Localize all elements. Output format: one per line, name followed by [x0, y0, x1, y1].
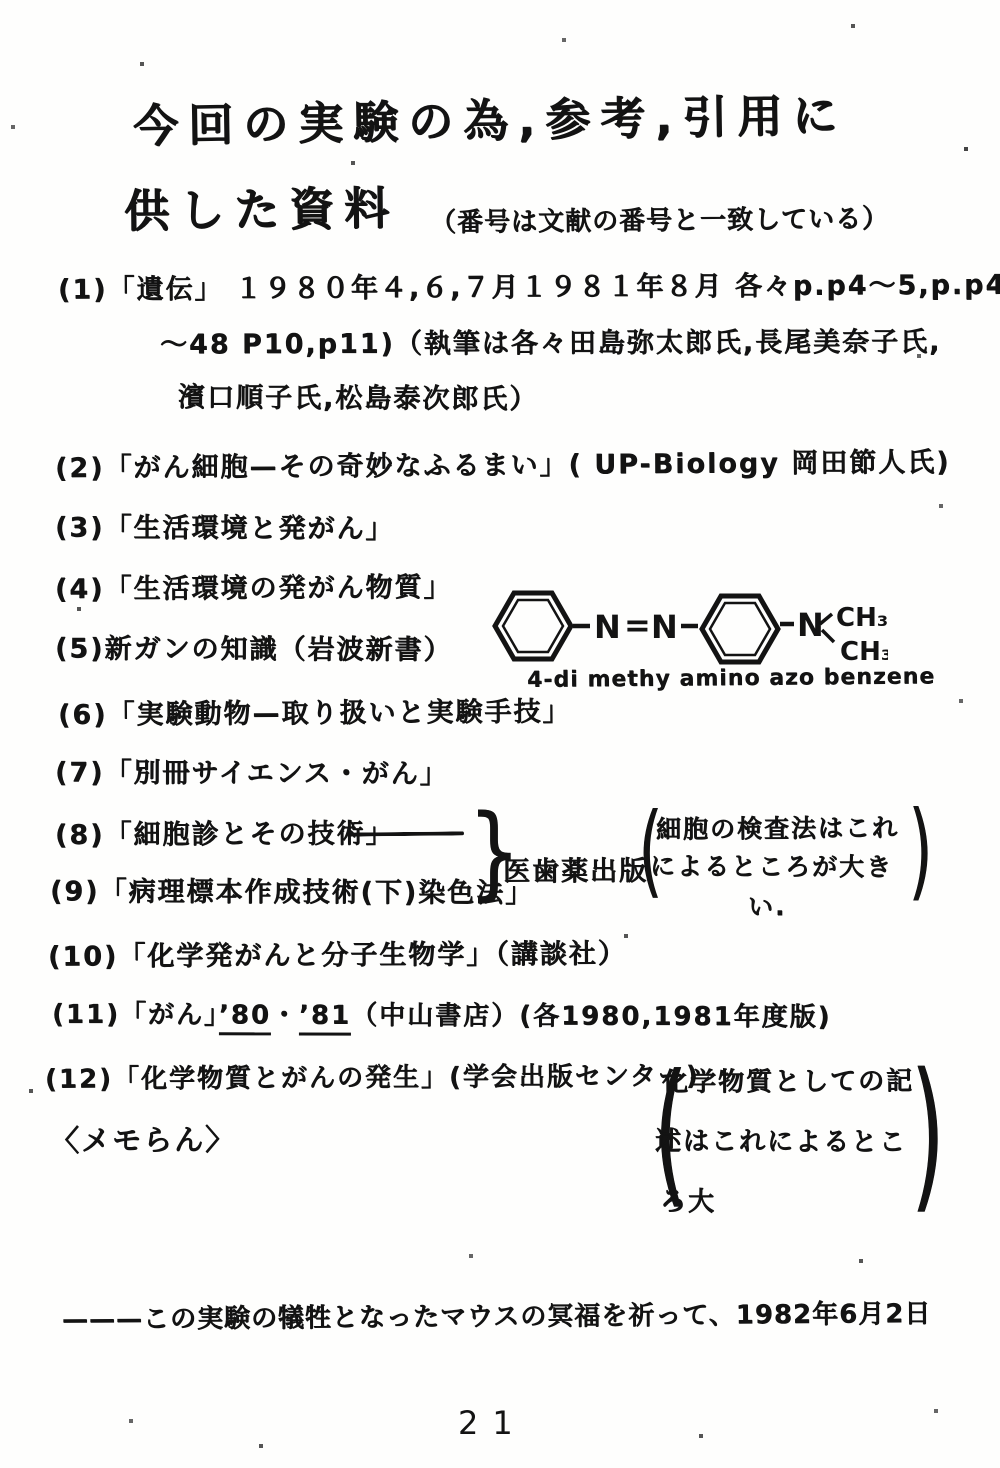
title-line-2: 供した資料 — [124, 183, 400, 238]
benzene-ring-left — [495, 593, 571, 659]
amine-n-label: N — [797, 606, 824, 644]
page-number: 21 — [458, 1405, 527, 1442]
chemical-note-line-1: 化学物質としての記 — [662, 1067, 914, 1098]
chemical-structure-drawing: N = N N CH₃ CH₃ — [488, 576, 888, 676]
title-line-1: 今回の実験の為,参考,引用に — [133, 89, 848, 152]
ref-11-year-80: ’80 — [219, 1000, 271, 1035]
ref-11-separator: ・ — [271, 1000, 299, 1030]
chemical-caption: 4-di methy amino azo benzene — [527, 664, 935, 693]
azo-n-left-label: N — [594, 608, 621, 646]
refs-8-9-closing-brace: } — [467, 802, 520, 904]
azo-n-right-label: N — [651, 608, 678, 646]
ref-2: (2)「がん細胞—その奇妙なふるまい」( UP-Biology 岡田節人氏) — [55, 447, 951, 484]
document-page: 今回の実験の為,参考,引用に 供した資料 （番号は文献の番号と一致している） (… — [0, 0, 1000, 1468]
benzene-ring-right-inner — [710, 603, 770, 655]
ref-11-prefix: (11)「がん」 — [52, 1000, 219, 1031]
ref-1-line-3: 濱口順子氏,松島泰次郎氏） — [178, 382, 538, 415]
cytology-note-close-paren: ) — [908, 798, 933, 904]
title-annotation: （番号は文献の番号と一致している） — [430, 205, 889, 239]
ref-5: (5)新ガンの知識（岩波新書） — [55, 633, 453, 665]
ref-4: (4)「生活環境の発がん物質」 — [55, 572, 453, 605]
ref-12: (12)「化学物質とがんの発生」(学会出版センター) — [45, 1062, 700, 1095]
footer-dedication: ———この実験の犠牲となったマウスの冥福を祈って、1982年6月2日 — [62, 1300, 931, 1336]
memo-heading: 〈メモらん〉 — [50, 1123, 236, 1158]
bond-amine-methyl-bottom — [822, 630, 834, 642]
methyl-top-label: CH₃ — [836, 603, 888, 633]
publisher-label: 医歯薬出版 — [503, 856, 648, 888]
ref-8: (8)「細胞診とその技術」 — [55, 818, 395, 851]
ref-1-line-1: (1)「遺伝」 １９８０年４,６,７月１９８１年８月 各々p.p4〜5,p.p4… — [58, 269, 1000, 305]
scan-noise-speckles — [0, 0, 2, 2]
ref-3: (3)「生活環境と発がん」 — [55, 512, 395, 544]
cytology-note-line-3: い. — [748, 893, 787, 922]
methyl-bottom-label: CH₃ — [840, 637, 888, 667]
chemical-note-line-2: 述はこれによるとこ — [655, 1128, 907, 1159]
ref-11-year-81: ’81 — [299, 1001, 351, 1036]
benzene-ring-right — [702, 596, 778, 662]
chemical-note-close-paren: ) — [910, 1052, 945, 1216]
ref-7: (7)「別冊サイエンス・がん」 — [55, 757, 449, 789]
chemical-note-line-3: ろ大 — [660, 1188, 716, 1218]
cytology-note-line-2: によるところが大き — [650, 853, 893, 883]
benzene-ring-left-inner — [503, 600, 563, 652]
ref-9: (9)「病理標本作成技術(下)染色法」 — [50, 876, 534, 909]
ref-11: (11)「がん」’80・’81（中山書店）(各1980,1981年度版) — [52, 1001, 832, 1034]
ref-10: (10)「化学発がんと分子生物学」（講談社） — [48, 938, 627, 972]
azo-double-bond-label: = — [624, 606, 651, 644]
ref-6: (6)「実験動物—取り扱いと実験手技」 — [58, 696, 572, 731]
cytology-note-line-1: 細胞の検査法はこれ — [656, 814, 899, 844]
ref-11-suffix: （中山書店）(各1980,1981年度版) — [351, 1001, 831, 1033]
ref-8-connector-dash — [348, 831, 464, 836]
ref-1-line-2: 〜48 P10,p11)（執筆は各々田島弥太郎氏,長尾美奈子氏, — [160, 327, 941, 361]
